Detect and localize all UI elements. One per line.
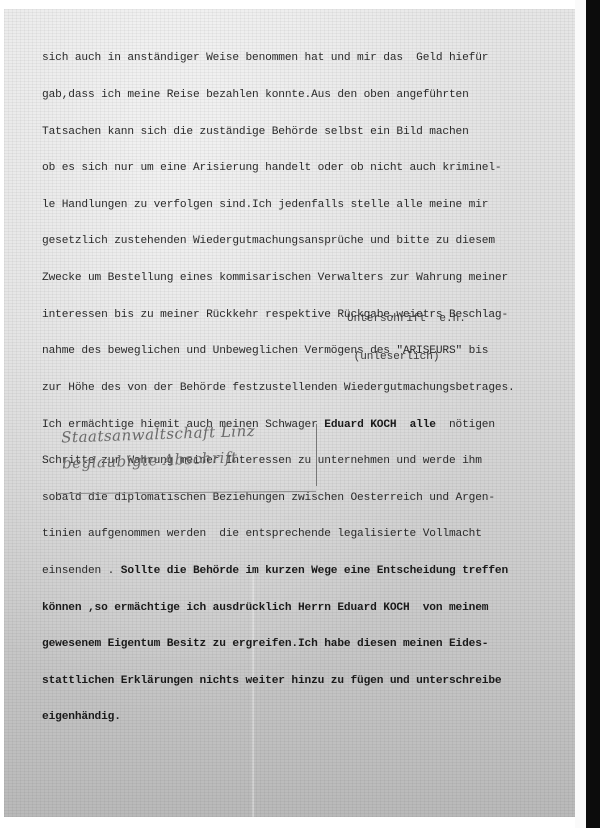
typewritten-body: sich auch in anständiger Weise benommen … <box>42 28 567 736</box>
body-line-bold: können ,so ermächtige ich ausdrücklich H… <box>42 602 567 614</box>
body-line: le Handlungen zu verfolgen sind.Ich jede… <box>42 199 567 211</box>
body-line: sich auch in anständiger Weise benommen … <box>42 52 567 64</box>
body-line: einsenden . Sollte die Behörde im kurzen… <box>42 565 567 577</box>
body-line: Zwecke um Bestellung eines kommisarische… <box>42 272 567 284</box>
signature-block: Unterschrift e.h. (unleserlich) <box>347 288 466 376</box>
body-line: tinien aufgenommen werden die entspreche… <box>42 528 567 540</box>
body-line-bold: eigenhändig. <box>42 711 567 723</box>
scan-edge-shadow <box>586 0 600 828</box>
body-line: zur Höhe des von der Behörde festzustell… <box>42 382 567 394</box>
body-line: interessen bis zu meiner Rückkehr respek… <box>42 309 567 321</box>
body-line: gesetzlich zustehenden Wiedergutmachungs… <box>42 235 567 247</box>
body-line-bold: stattlichen Erklärungen nichts weiter hi… <box>42 675 567 687</box>
signature-note: (unleserlich) <box>347 351 466 364</box>
body-line: Tatsachen kann sich die zuständige Behör… <box>42 126 567 138</box>
body-line: gab,dass ich meine Reise bezahlen konnte… <box>42 89 567 101</box>
handwritten-annotation: Staatsanwaltschaft Linz beglaubigte Absc… <box>61 415 323 499</box>
signature-label: Unterschrift e.h. <box>347 313 466 326</box>
scan-margin <box>575 0 586 828</box>
body-line: nahme des beweglichen und Unbeweglichen … <box>42 345 567 357</box>
body-text-segment: einsenden . <box>42 565 121 577</box>
body-line: ob es sich nur um eine Arisierung handel… <box>42 162 567 174</box>
body-text-segment: nötigen <box>436 419 495 431</box>
body-line-bold: gewesenem Eigentum Besitz zu ergreifen.I… <box>42 638 567 650</box>
bold-name-eduard-koch: Eduard KOCH alle <box>324 419 436 431</box>
handwritten-bracket <box>312 424 317 486</box>
bold-text-segment: Sollte die Behörde im kurzen Wege eine E… <box>121 565 508 577</box>
